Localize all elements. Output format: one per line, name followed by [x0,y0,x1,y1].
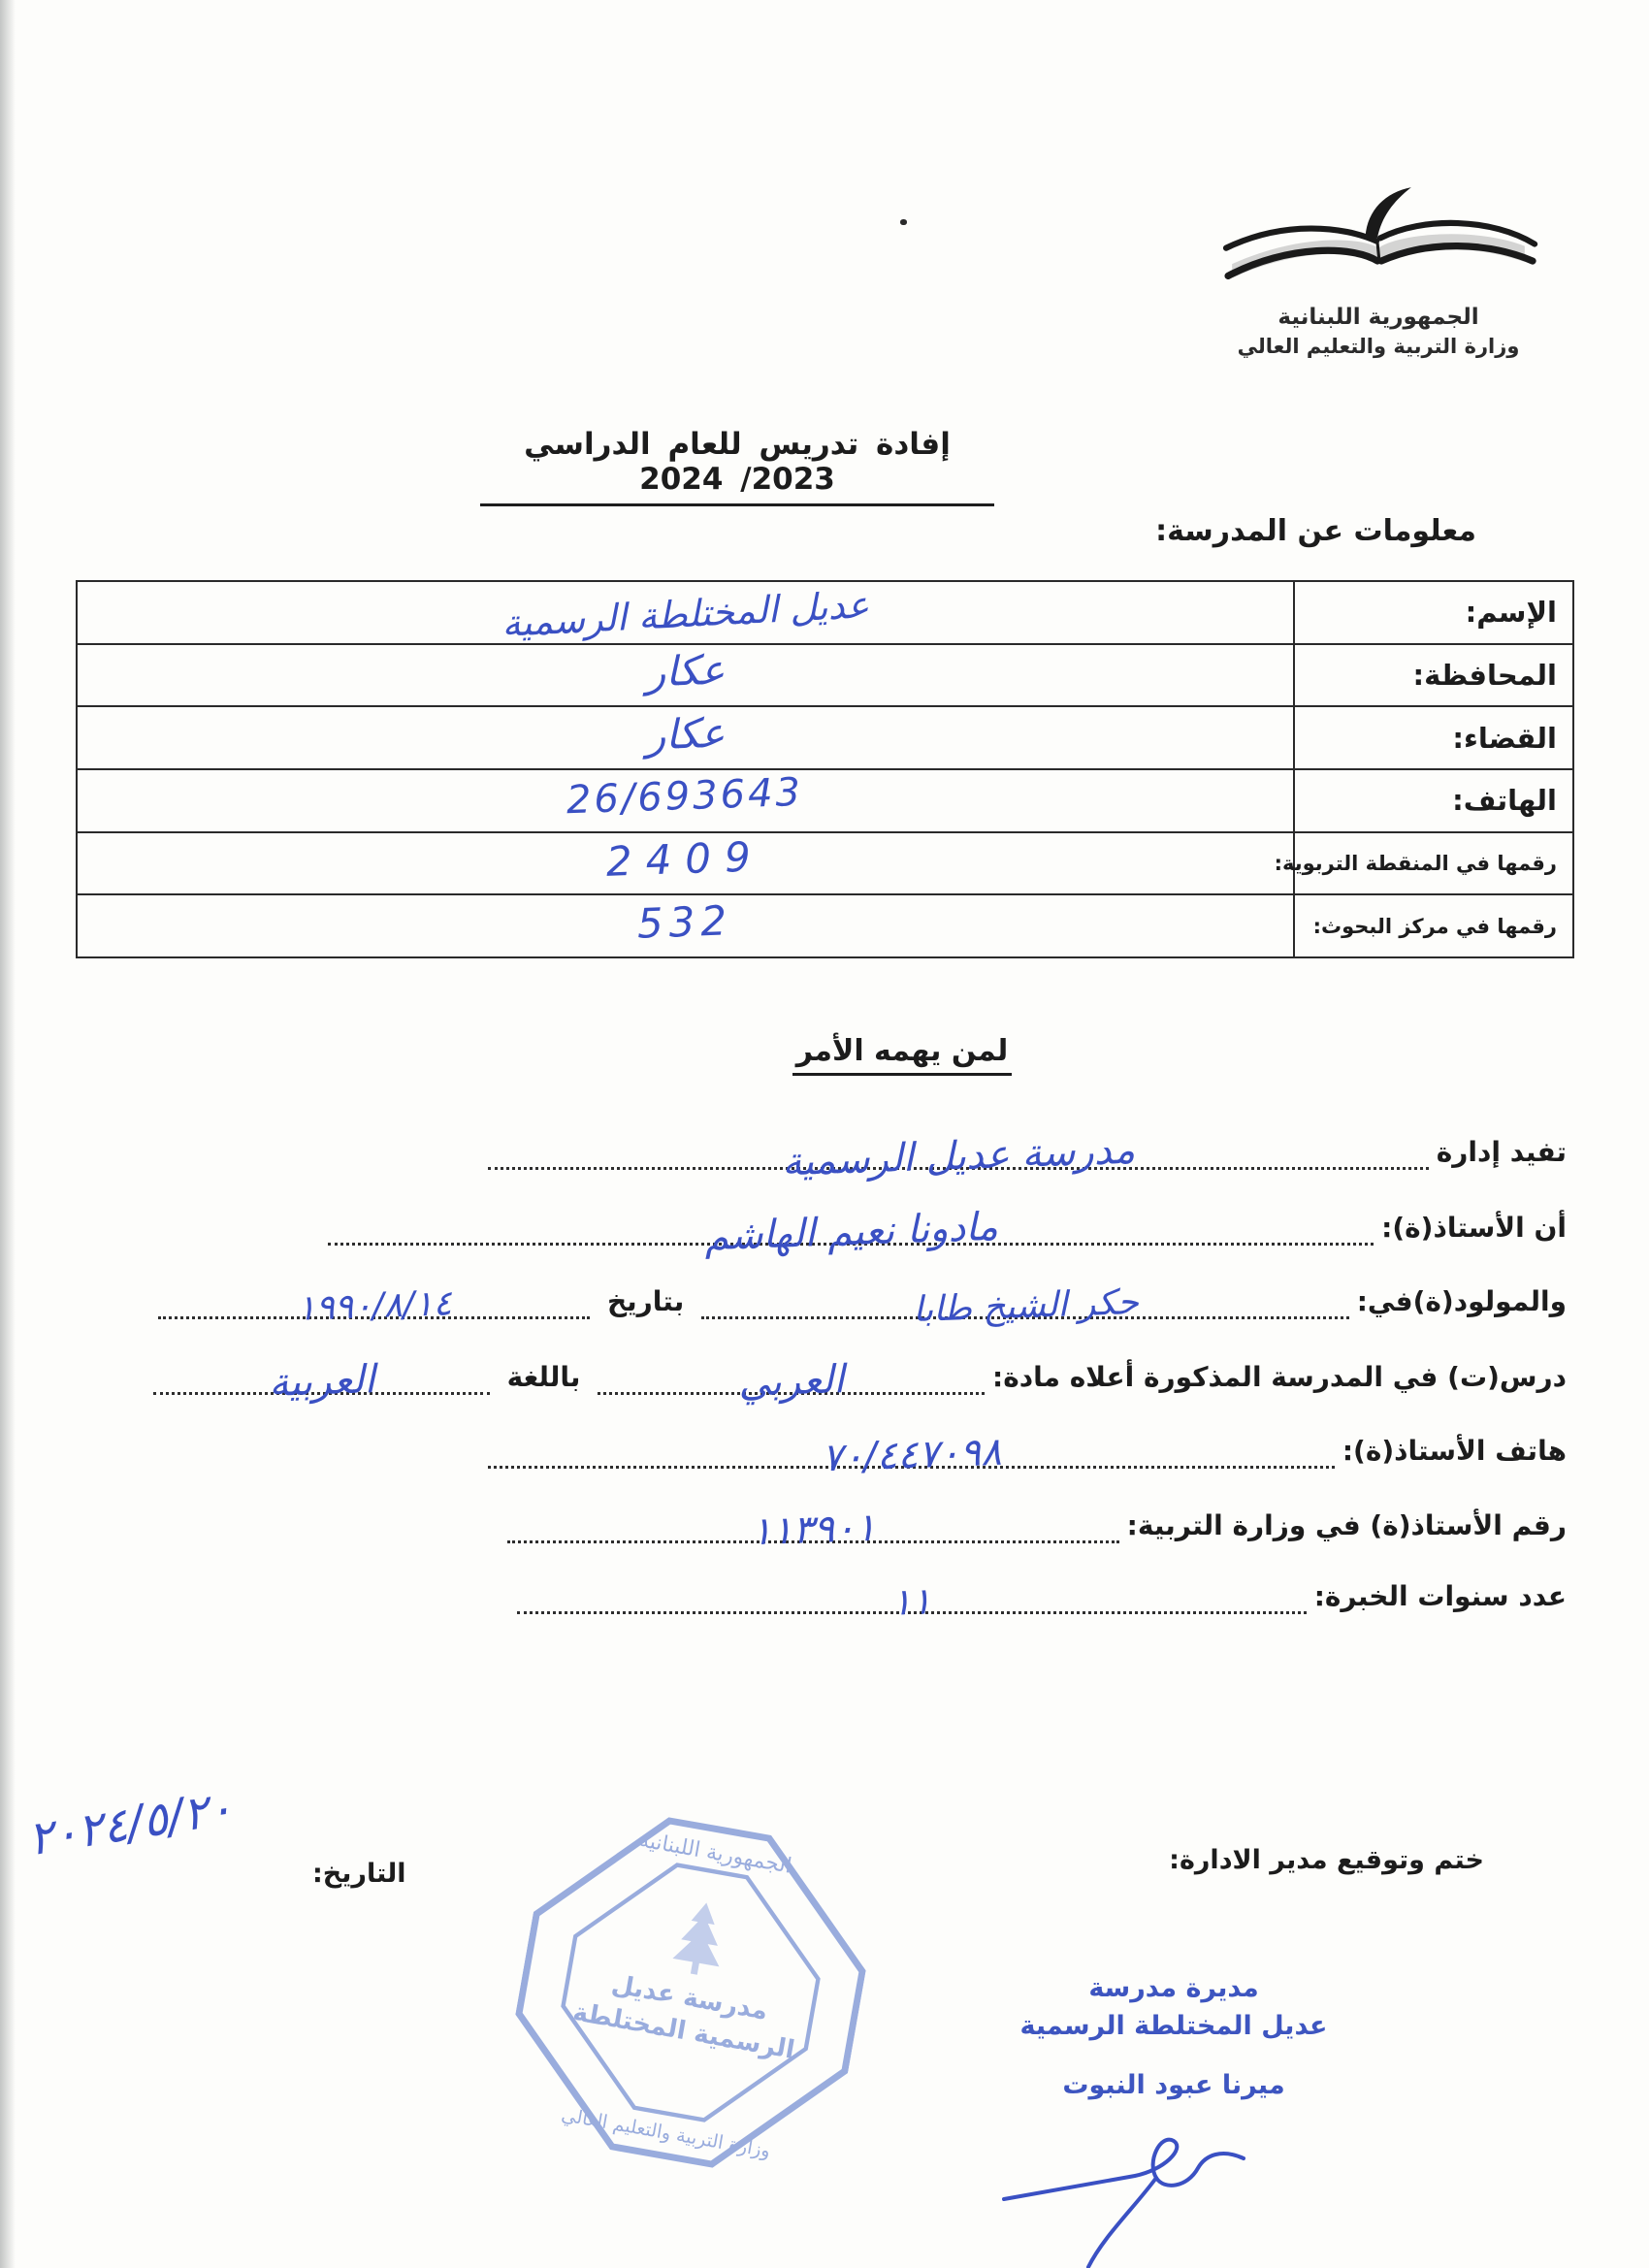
table-row: القضاء: عكار [78,705,1572,768]
row-value: عكار [78,645,1293,706]
row-value: عديل المختلطة الرسمية [78,582,1293,643]
document-title: إفادة تدريس للعام الدراسي 2023/ 2024 [480,427,994,506]
statement-line: أن الأستاذ(ة): مادونا نعيم الهاشم [320,1189,1567,1246]
row-value: 2409 [78,833,1293,894]
handwritten-value: عكار [645,712,726,756]
handwritten-value: 532 [637,900,734,944]
dotted-blank: العربية [153,1336,490,1395]
row-label: الهاتف: [1293,770,1572,831]
line-prefix: رقم الأستاذ(ة) في وزارة التربية: [1127,1509,1567,1543]
dotted-blank: مدرسة عديل الرسمية [488,1111,1429,1170]
director-signature [980,2110,1271,2268]
handwritten-entry: حكر الشيخ طابا [912,1288,1139,1326]
line-prefix: أن الأستاذ(ة): [1381,1212,1567,1246]
handwritten-entry: العربية [268,1363,374,1400]
stamp-signature-label: ختم وتوقيع مدير الادارة: [1169,1845,1484,1875]
table-row: الإسم: عديل المختلطة الرسمية [78,582,1572,643]
statement-line: عدد سنوات الخبرة: ١١ [509,1558,1567,1614]
handwritten-date: ٢٠٢٤/٥/٢٠ [24,1781,237,1867]
handwritten-entry: ١٩٩٠/٨/١٤ [296,1290,452,1325]
line-suffix: بتاريخ [607,1285,684,1319]
table-row: رقمها في المنقطة التربوية: 2409 [78,831,1572,894]
line-prefix: تفيد إدارة [1437,1136,1567,1170]
scan-speck [900,219,907,225]
director-name: ميرنا عبود النبوت [989,2066,1358,2104]
statement-line: درس(ت) في المدرسة المذكورة أعلاه مادة: ا… [145,1339,1567,1395]
handwritten-value: 26/693643 [566,773,804,820]
handwritten-entry: ١١ [891,1585,932,1618]
director-school: عديل المختلطة الرسمية [989,2007,1358,2045]
line-suffix: باللغة [507,1361,581,1395]
row-value: 532 [78,895,1293,956]
scanner-edge-shadow [0,0,16,2268]
director-title: مديرة مدرسة [989,1969,1358,2007]
handwritten-value: عديل المختلطة الرسمية [501,586,870,642]
cedar-tree-icon [670,1898,729,1978]
scanned-document-page: الجمهورية اللبنانية وزارة التربية والتعل… [0,0,1649,2268]
dotted-blank: ١٩٩٠/٨/١٤ [158,1260,590,1319]
republic-name: الجمهورية اللبنانية [1208,303,1549,333]
table-row: المحافظة: عكار [78,643,1572,706]
handwritten-value: عكار [645,650,726,694]
row-value: 26/693643 [78,770,1293,831]
dotted-blank: ١١٣٩٠١ [507,1484,1119,1543]
row-label: المحافظة: [1293,645,1572,706]
school-info-table: الإسم: عديل المختلطة الرسمية المحافظة: ع… [76,580,1574,958]
handwritten-entry: ٧٠/٤٤٧٠٩٨ [821,1436,1001,1474]
line-prefix: هاتف الأستاذ(ة): [1342,1435,1567,1469]
handwritten-entry: مادونا نعيم الهاشم [703,1211,998,1254]
dotted-blank: ٧٠/٤٤٧٠٩٨ [488,1409,1335,1469]
school-info-heading: معلومات عن المدرسة: [1155,514,1476,548]
dotted-blank: العربي [598,1336,985,1395]
line-prefix: عدد سنوات الخبرة: [1314,1580,1567,1614]
table-row: الهاتف: 26/693643 [78,768,1572,831]
handwritten-entry: مدرسة عديل الرسمية [782,1134,1136,1180]
ministry-name: وزارة التربية والتعليم العالي [1208,333,1549,360]
concern-heading: لمن يهمه الأمر [669,1034,1135,1076]
row-label: رقمها في مركز البحوث: [1293,895,1572,956]
statement-line: والمولود(ة)في: حكر الشيخ طابا بتاريخ ١٩٩… [150,1263,1567,1319]
line-prefix: والمولود(ة)في: [1357,1285,1567,1319]
statement-line: رقم الأستاذ(ة) في وزارة التربية: ١١٣٩٠١ [500,1487,1567,1543]
handwritten-entry: العربي [738,1363,845,1400]
table-row: رقمها في مركز البحوث: 532 [78,893,1572,956]
line-prefix: درس(ت) في المدرسة المذكورة أعلاه مادة: [992,1361,1567,1395]
open-book-logo-icon [1213,184,1543,299]
row-label: الإسم: [1293,582,1572,643]
dotted-blank: مادونا نعيم الهاشم [328,1186,1374,1246]
statement-line: هاتف الأستاذ(ة): ٧٠/٤٤٧٠٩٨ [480,1412,1567,1469]
row-label: رقمها في المنقطة التربوية: [1293,833,1572,894]
row-value: عكار [78,707,1293,768]
row-label: القضاء: [1293,707,1572,768]
school-octagon-stamp: الجمهورية اللبنانية مدرسة عديل الرسمية ا… [495,1795,887,2189]
ministry-header: الجمهورية اللبنانية وزارة التربية والتعل… [1208,184,1549,360]
handwritten-entry: ١١٣٩٠١ [751,1511,877,1548]
dotted-blank: حكر الشيخ طابا [701,1260,1348,1319]
dotted-blank: ١١ [517,1555,1307,1614]
director-block: مديرة مدرسة عديل المختلطة الرسمية ميرنا … [989,1969,1358,2104]
statement-line: تفيد إدارة مدرسة عديل الرسمية [480,1114,1567,1170]
handwritten-value: 2409 [605,836,764,883]
date-label: التاريخ: [312,1859,406,1889]
